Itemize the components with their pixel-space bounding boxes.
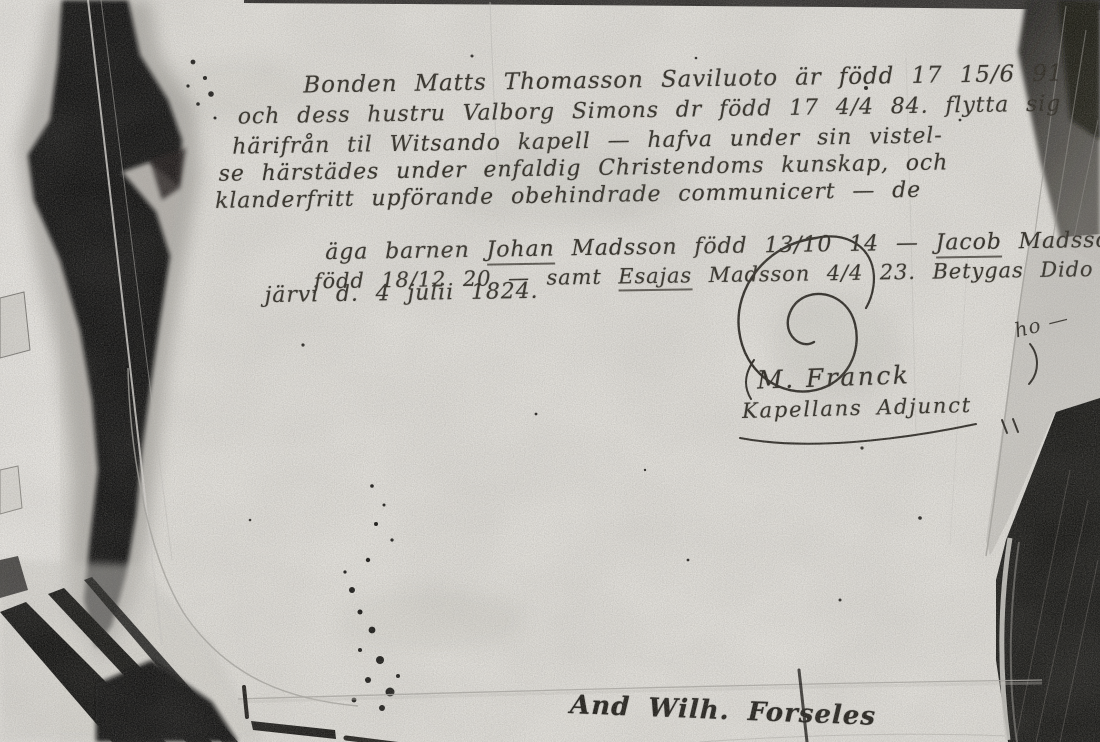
line7-post: Madsson 4/4 23. Betygas Dido — flyt [692, 256, 1100, 288]
signature-name: M. Franck [757, 360, 911, 394]
manuscript-line-8: järvi d. 4 julii 1824. [264, 279, 538, 308]
scanned-document-photo: Bonden Matts Thomasson Saviluoto är född… [0, 0, 1100, 742]
underlined-name-esajas: Esajas [618, 263, 692, 291]
manuscript-text-block: Bonden Matts Thomasson Saviluoto är född… [205, 51, 1100, 366]
